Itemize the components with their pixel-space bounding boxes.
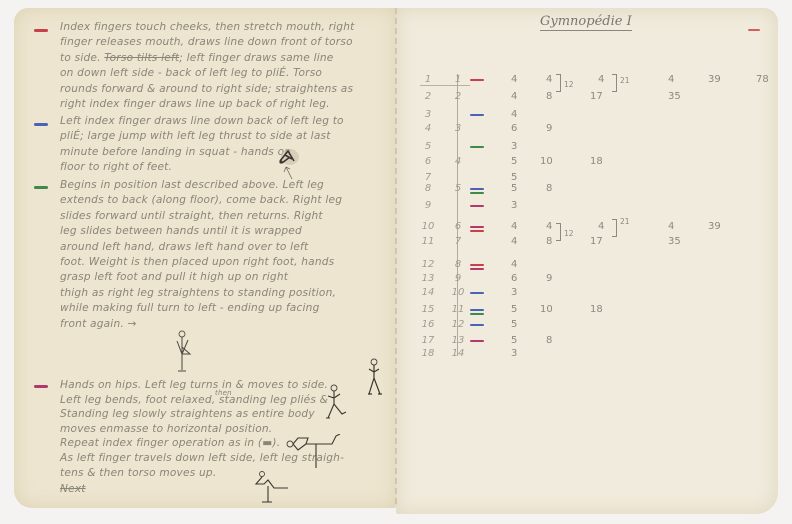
- row-number: 17: [418, 335, 438, 346]
- bracket-label: 21: [620, 76, 630, 85]
- color-marker: [470, 226, 484, 228]
- measure-number: 7: [448, 236, 468, 247]
- count-value: 6: [511, 273, 517, 284]
- row-number: 16: [418, 319, 438, 330]
- text-line: grasp left foot and pull it high up on r…: [60, 270, 390, 285]
- horizontal-figure-sketch: [284, 434, 354, 470]
- row-number: 10: [418, 221, 438, 232]
- bracket-label: 21: [620, 217, 630, 226]
- text-line: front again. →: [60, 317, 390, 332]
- cumulative-value: 17: [590, 236, 603, 247]
- count-value: 5: [511, 335, 517, 346]
- text-line: rounds forward & around to right side; s…: [60, 82, 390, 97]
- measure-number: 12: [448, 319, 468, 330]
- color-marker: [470, 313, 484, 315]
- row-number: 4: [418, 123, 438, 134]
- cumulative-value: 8: [546, 183, 552, 194]
- text-line: pliÉ; large jump with left leg thrust to…: [60, 129, 390, 144]
- count-value: 4: [511, 109, 517, 120]
- color-marker: [470, 230, 484, 232]
- struck-text: Torso tilts left: [104, 52, 179, 64]
- red-color-marker: [748, 29, 760, 31]
- cumulative-value: 8: [546, 335, 552, 346]
- color-marker: [470, 188, 484, 190]
- row-number: 1: [418, 74, 438, 85]
- cumulative-value: 9: [546, 273, 552, 284]
- count-value: 4: [511, 236, 517, 247]
- count-value: 4: [511, 221, 517, 232]
- count-value: 5: [511, 172, 517, 183]
- row-number: 8: [418, 183, 438, 194]
- row-number: 6: [418, 156, 438, 167]
- row-number: 13: [418, 273, 438, 284]
- cumulative-value: 10: [540, 304, 553, 315]
- total-value: 39: [708, 74, 721, 85]
- row-number: 2: [418, 91, 438, 102]
- color-marker: [470, 309, 484, 311]
- text-line: thigh as right leg straightens to standi…: [60, 286, 390, 301]
- count-value: 4: [511, 91, 517, 102]
- cumulative-value: 4: [598, 74, 604, 85]
- bracket-label: 12: [564, 80, 574, 89]
- color-marker: [470, 114, 484, 116]
- measure-number: 10: [448, 287, 468, 298]
- arabesque-figure-sketch: [254, 470, 294, 506]
- color-marker: [470, 268, 484, 270]
- text-line: leg slides between hands until it is wra…: [60, 224, 390, 239]
- measure-number: 1: [448, 74, 468, 85]
- insert-word: then: [215, 386, 232, 401]
- row-number: 15: [418, 304, 438, 315]
- count-value: 3: [511, 200, 517, 211]
- text-line: floor to right of feet.: [60, 160, 390, 175]
- notebook-binding: [395, 8, 397, 508]
- bracket: [612, 219, 617, 237]
- color-marker: [470, 79, 484, 81]
- cumulative-value: 17: [590, 91, 603, 102]
- cumulative-value: 8: [546, 91, 552, 102]
- measure-number: 2: [448, 91, 468, 102]
- cumulative-value: 4: [546, 221, 552, 232]
- text-line: Left index finger draws line down back o…: [60, 114, 390, 129]
- row-number: 3: [418, 109, 438, 120]
- row-number: 7: [418, 172, 438, 183]
- count-value: 5: [511, 183, 517, 194]
- row-number: 5: [418, 141, 438, 152]
- text-line: while making full turn to left - ending …: [60, 301, 390, 316]
- measure-number: 4: [448, 156, 468, 167]
- bracket: [556, 74, 561, 92]
- count-value: 5: [511, 319, 517, 330]
- green-color-marker: [34, 186, 48, 189]
- total-value: 39: [708, 221, 721, 232]
- text-line: slides forward until straight, then retu…: [60, 209, 390, 224]
- color-marker: [470, 292, 484, 294]
- count-value: 5: [511, 304, 517, 315]
- count-value: 6: [511, 123, 517, 134]
- count-value: 5: [511, 156, 517, 167]
- measure-number: 5: [448, 183, 468, 194]
- cumulative-value: 4: [668, 221, 674, 232]
- cumulative-value: 10: [540, 156, 553, 167]
- text-line: Begins in position last described above.…: [60, 178, 390, 193]
- row-number: 14: [418, 287, 438, 298]
- cumulative-value: 4: [598, 221, 604, 232]
- row-number: 11: [418, 236, 438, 247]
- cumulative-value: 9: [546, 123, 552, 134]
- text-line: foot. Weight is then placed upon right f…: [60, 255, 390, 270]
- count-value: 4: [511, 74, 517, 85]
- magenta-color-marker: [34, 385, 48, 388]
- struck-scribble: Next: [60, 482, 390, 497]
- ruled-divider: [420, 85, 470, 86]
- cumulative-value: 4: [546, 74, 552, 85]
- measure-number: 11: [448, 304, 468, 315]
- color-marker: [470, 340, 484, 342]
- text-line: Index fingers touch cheeks, then stretch…: [60, 20, 390, 35]
- color-marker: [470, 205, 484, 207]
- paragraph-3: Begins in position last described above.…: [60, 178, 390, 332]
- paragraph-2: Left index finger draws line down back o…: [60, 114, 390, 176]
- cumulative-value: 8: [546, 236, 552, 247]
- color-marker: [470, 192, 484, 194]
- count-value: 3: [511, 348, 517, 359]
- text-line: to side. Torso tilts left; left finger d…: [60, 51, 390, 66]
- total-value: 78: [756, 74, 769, 85]
- bracket: [612, 74, 617, 92]
- measure-number: 8: [448, 259, 468, 270]
- measure-number: 9: [448, 273, 468, 284]
- measure-number: 6: [448, 221, 468, 232]
- page-title: Gymnopédie I: [540, 14, 632, 31]
- red-color-marker: [34, 29, 48, 32]
- bracket-label: 12: [564, 229, 574, 238]
- cumulative-value: 4: [668, 74, 674, 85]
- measure-number: 3: [448, 123, 468, 134]
- bracket: [556, 223, 561, 241]
- plie-figure-sketch: [320, 384, 360, 424]
- standing-passe-figure-sketch: [168, 330, 198, 378]
- text-line: extends to back (along floor), come back…: [60, 193, 390, 208]
- text-line: finger releases mouth, draws line down f…: [60, 35, 390, 50]
- text-line: right index finger draws line up back of…: [60, 97, 390, 112]
- cumulative-value: 18: [590, 304, 603, 315]
- text-line: on down left side - back of left leg to …: [60, 66, 390, 81]
- cumulative-value: 35: [668, 236, 681, 247]
- color-marker: [470, 146, 484, 148]
- cumulative-value: 18: [590, 156, 603, 167]
- count-value: 3: [511, 141, 517, 152]
- row-number: 9: [418, 200, 438, 211]
- row-number: 18: [418, 348, 438, 359]
- count-value: 4: [511, 259, 517, 270]
- cumulative-value: 35: [668, 91, 681, 102]
- measure-number: 14: [448, 348, 468, 359]
- text-line: minute before landing in squat - hands o…: [60, 145, 390, 160]
- text-line: around left hand, draws left hand over t…: [60, 240, 390, 255]
- measure-number: 13: [448, 335, 468, 346]
- count-value: 3: [511, 287, 517, 298]
- blue-color-marker: [34, 123, 48, 126]
- color-marker: [470, 324, 484, 326]
- color-marker: [470, 264, 484, 266]
- paragraph-1: Index fingers touch cheeks, then stretch…: [60, 20, 390, 112]
- row-number: 12: [418, 259, 438, 270]
